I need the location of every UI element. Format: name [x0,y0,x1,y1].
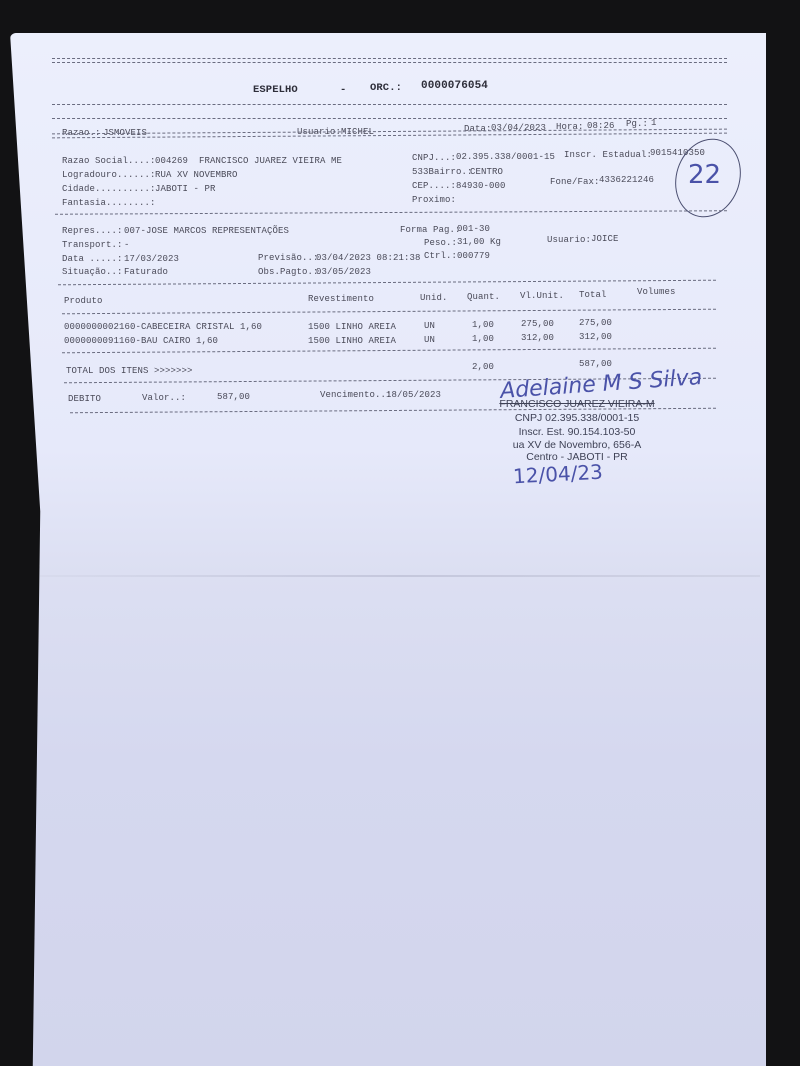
cell-total: 275,00 [579,318,612,328]
fone-value: 4336221246 [599,175,654,185]
repres-value: 007-JOSE MARCOS REPRESENTAÇÕES [124,226,289,236]
valor-value: 587,00 [217,392,250,402]
stamp-line: CNPJ 02.395.338/0001-15 [477,412,677,424]
divider [52,104,727,105]
cell-produto: 0000000091160-BAU CAIRO 1,60 [64,336,218,346]
situacao-label: Situação..: [62,267,123,277]
cell-quant: 1,00 [472,320,494,330]
divider [52,58,727,63]
forma-value: 001-30 [457,224,490,234]
paper-fold [40,575,760,577]
total-value: 587,00 [579,359,612,369]
col-header-vlunit: Vl.Unit. [520,291,564,301]
bairro-value: CENTRO [470,167,503,177]
col-header-quant: Quant. [467,292,500,302]
col-header-volumes: Volumes [637,287,676,297]
previsao-label: Previsão..: [258,253,319,263]
previsao-value: 03/04/2023 08:21:38 [316,253,421,263]
orc-number: 0000076054 [421,80,488,92]
handwritten-date: 12/04/23 [512,460,603,489]
col-header-revestimento: Revestimento [308,294,374,304]
peso-label: Peso.: [424,238,457,248]
cell-vlunit: 275,00 [521,319,554,329]
stamp-line: ua XV de Novembro, 656-A [477,439,677,451]
razao-social-label: Razao Social....: [62,156,156,166]
pg-label: Pg.: [626,119,648,129]
cell-revestimento: 1500 LINHO AREIA [308,322,396,332]
col-header-produto: Produto [64,296,103,306]
vencimento-value: 18/05/2023 [386,390,441,400]
cell-unid: UN [424,335,435,345]
cell-revestimento: 1500 LINHO AREIA [308,336,396,346]
cidade-value: JABOTI - PR [155,184,216,194]
obs-value: 03/05/2023 [316,267,371,277]
col-header-unid: Unid. [420,293,448,303]
order-usuario-label: Usuario: [547,235,591,245]
situacao-value: Faturado [124,267,168,277]
circled-number-text: 22 [688,160,721,190]
inscr-label: Inscr. Estadual: [564,150,652,160]
pg-value: 1 [651,118,657,128]
cnpj-label: CNPJ...: [412,153,456,163]
proximo-label: Proximo: [412,195,456,205]
cnpj-value: 02.395.338/0001-15 [456,152,555,162]
valor-label: Valor..: [142,393,186,403]
logradouro-value: RUA XV NOVEMBRO [155,170,238,180]
order-data-label: Data .....: [62,254,123,264]
cidade-label: Cidade..........: [62,184,156,194]
fone-label: Fone/Fax: [550,177,600,187]
cell-produto: 0000000002160-CABECEIRA CRISTAL 1,60 [64,322,262,332]
ctrl-value: 000779 [457,251,490,261]
order-usuario-value: JOICE [591,234,619,244]
obs-label: Obs.Pagto.: [258,267,319,277]
razao-social-value: 004269 FRANCISCO JUAREZ VIEIRA ME [155,156,342,166]
cell-quant: 1,00 [472,334,494,344]
peso-value: 31,00 Kg [457,237,501,247]
transport-label: Transport.: [62,240,123,250]
fantasia-label: Fantasia........: [62,198,156,208]
document-title: ESPELHO [253,84,298,96]
bairro-label: 533Bairro.: [412,167,473,177]
cep-value: 84930-000 [456,181,506,191]
total-quant: 2,00 [472,362,494,372]
forma-label: Forma Pag.: [400,225,461,235]
payment-type: DEBITO [68,394,101,404]
ctrl-label: Ctrl.: [424,251,457,261]
cell-vlunit: 312,00 [521,333,554,343]
total-label: TOTAL DOS ITENS >>>>>>> [66,366,193,376]
cell-unid: UN [424,321,435,331]
col-header-total: Total [579,290,607,300]
title-separator: - [340,84,346,96]
transport-value: - [124,240,130,250]
stamp-line: Inscr. Est. 90.154.103-50 [477,426,677,438]
cep-label: CEP....: [412,181,456,191]
vencimento-label: Vencimento..: [320,390,392,400]
logradouro-label: Logradouro......: [62,170,156,180]
cell-total: 312,00 [579,332,612,342]
order-data-value: 17/03/2023 [124,254,179,264]
repres-label: Repres....: [62,226,123,236]
orc-label: ORC.: [370,82,402,94]
